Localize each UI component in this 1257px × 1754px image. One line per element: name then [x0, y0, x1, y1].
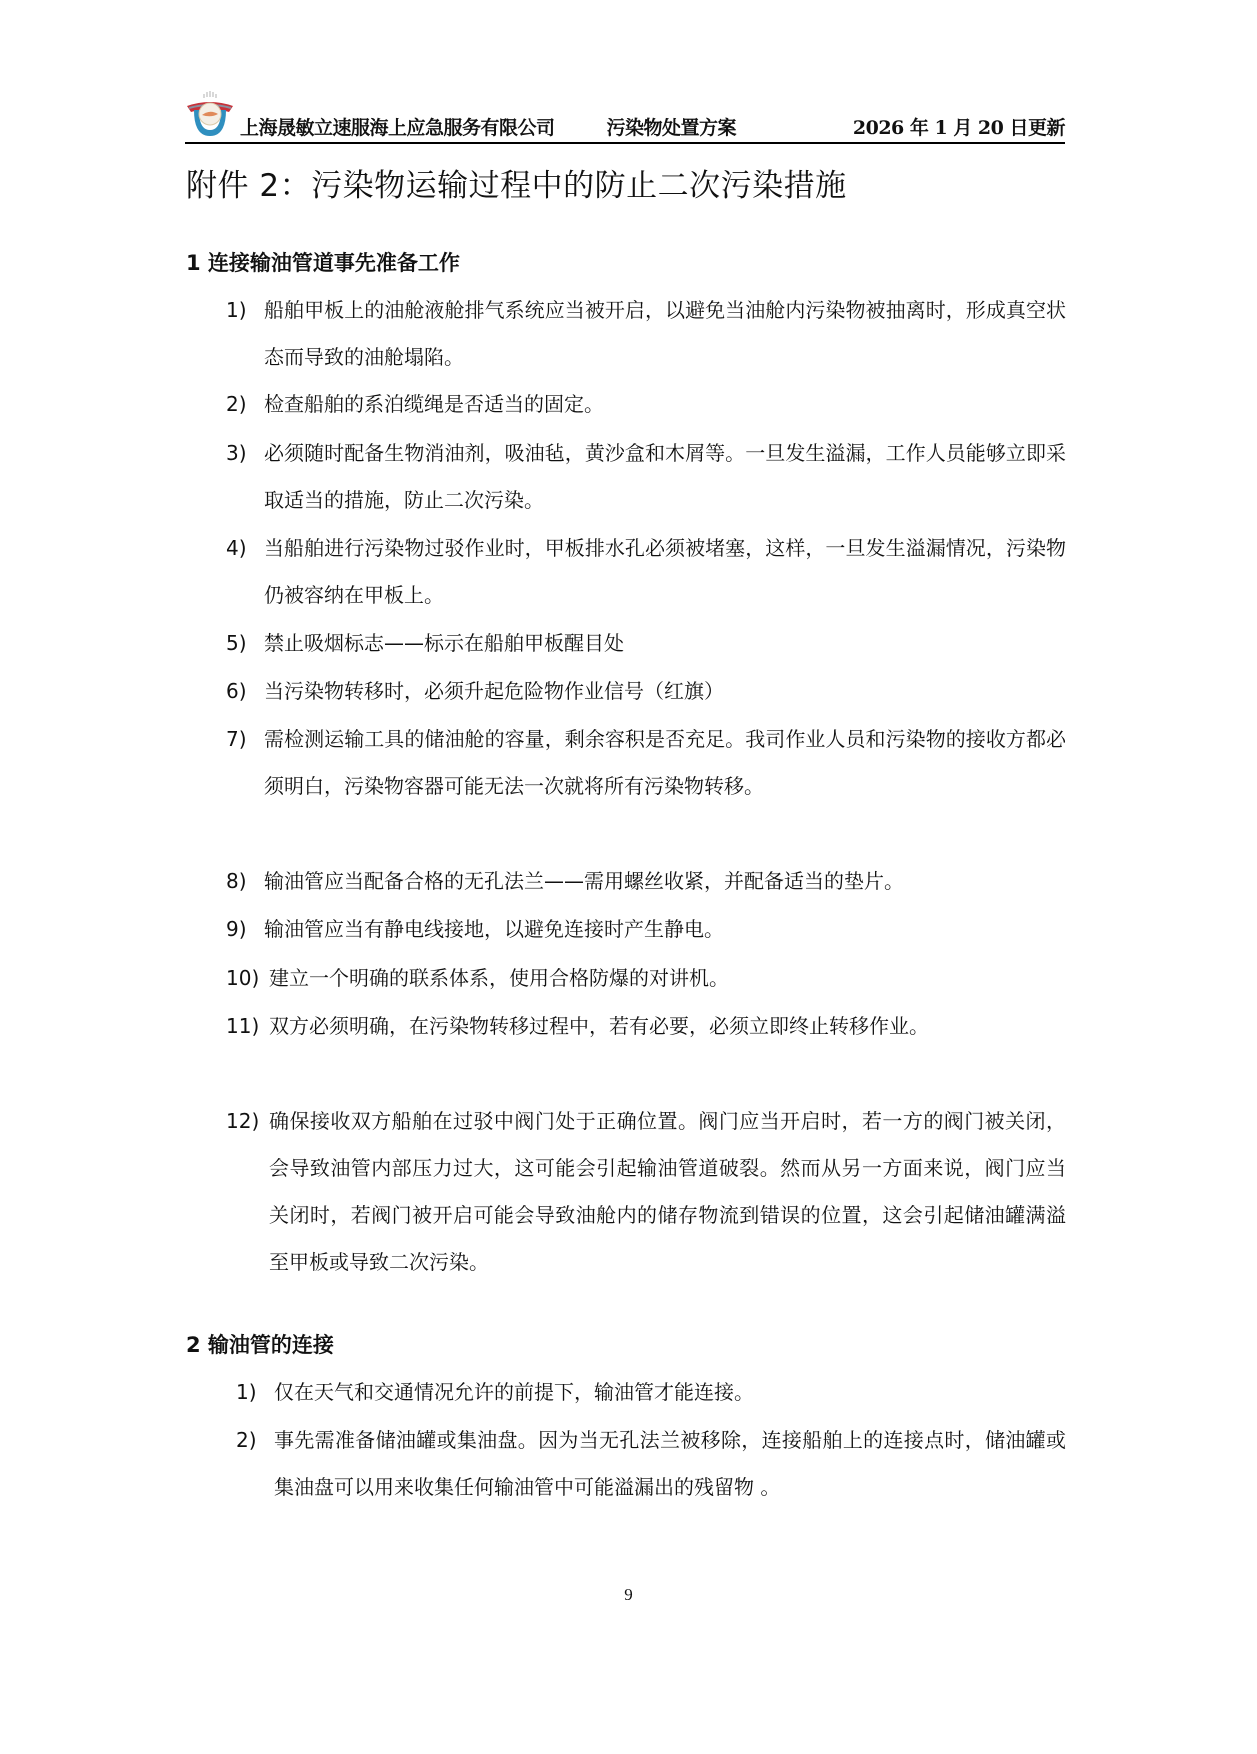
header-document-title: 污染物处置方案	[607, 113, 737, 140]
list-item: 4) 当船舶进行污染物过驳作业时，甲板排水孔必须被堵塞，这样，一旦发生溢漏情况，…	[226, 525, 1066, 619]
section-heading-2: 2 输油管的连接	[186, 1329, 334, 1359]
item-number: 8)	[226, 858, 264, 905]
page-number: 9	[0, 1585, 1257, 1605]
item-text: 输油管应当有静电线接地，以避免连接时产生静电。	[264, 906, 1066, 953]
company-emblem-icon	[185, 88, 235, 140]
list-item: 6) 当污染物转移时，必须升起危险物作业信号（红旗）	[226, 668, 1066, 715]
item-text: 事先需准备储油罐或集油盘。因为当无孔法兰被移除，连接船舶上的连接点时，储油罐或集…	[274, 1417, 1066, 1511]
item-number: 3)	[226, 430, 264, 524]
list-item: 7) 需检测运输工具的储油舱的容量，剩余容积是否充足。我司作业人员和污染物的接收…	[226, 716, 1066, 810]
item-number: 6)	[226, 668, 264, 715]
item-text: 当污染物转移时，必须升起危险物作业信号（红旗）	[264, 668, 1066, 715]
list-item: 8) 输油管应当配备合格的无孔法兰——需用螺丝收紧，并配备适当的垫片。	[226, 858, 1066, 905]
item-number: 5)	[226, 620, 264, 667]
item-number: 1)	[226, 287, 264, 381]
page-header: 上海晟敏立速服海上应急服务有限公司 污染物处置方案 2026 年 1 月 20 …	[185, 88, 1065, 144]
item-number: 12)	[226, 1098, 269, 1286]
document-page: 上海晟敏立速服海上应急服务有限公司 污染物处置方案 2026 年 1 月 20 …	[0, 0, 1257, 1754]
list-item: 11) 双方必须明确，在污染物转移过程中，若有必要，必须立即终止转移作业。	[226, 1003, 1066, 1050]
header-update-date: 2026 年 1 月 20 日更新	[853, 113, 1065, 140]
list-item: 10) 建立一个明确的联系体系，使用合格防爆的对讲机。	[226, 955, 1066, 1002]
header-text: 上海晟敏立速服海上应急服务有限公司 污染物处置方案 2026 年 1 月 20 …	[240, 113, 1065, 140]
list-item: 1) 船舶甲板上的油舱液舱排气系统应当被开启，以避免当油舱内污染物被抽离时，形成…	[226, 287, 1066, 381]
list-item: 1) 仅在天气和交通情况允许的前提下，输油管才能连接。	[236, 1369, 1066, 1416]
list-item: 2) 事先需准备储油罐或集油盘。因为当无孔法兰被移除，连接船舶上的连接点时，储油…	[236, 1417, 1066, 1511]
page-title: 附件 2：污染物运输过程中的防止二次污染措施	[186, 160, 847, 205]
item-text: 当船舶进行污染物过驳作业时，甲板排水孔必须被堵塞，这样，一旦发生溢漏情况，污染物…	[264, 525, 1066, 619]
item-text: 建立一个明确的联系体系，使用合格防爆的对讲机。	[269, 955, 1066, 1002]
list-item: 9) 输油管应当有静电线接地，以避免连接时产生静电。	[226, 906, 1066, 953]
item-number: 7)	[226, 716, 264, 810]
section-heading-1: 1 连接输油管道事先准备工作	[186, 247, 460, 277]
item-text: 需检测运输工具的储油舱的容量，剩余容积是否充足。我司作业人员和污染物的接收方都必…	[264, 716, 1066, 810]
item-text: 输油管应当配备合格的无孔法兰——需用螺丝收紧，并配备适当的垫片。	[264, 858, 1066, 905]
item-number: 2)	[236, 1417, 274, 1511]
item-number: 2)	[226, 381, 264, 428]
item-text: 船舶甲板上的油舱液舱排气系统应当被开启，以避免当油舱内污染物被抽离时，形成真空状…	[264, 287, 1066, 381]
item-text: 双方必须明确，在污染物转移过程中，若有必要，必须立即终止转移作业。	[269, 1003, 1066, 1050]
item-text: 禁止吸烟标志——标示在船舶甲板醒目处	[264, 620, 1066, 667]
item-number: 4)	[226, 525, 264, 619]
list-item: 3) 必须随时配备生物消油剂，吸油毡，黄沙盒和木屑等。一旦发生溢漏，工作人员能够…	[226, 430, 1066, 524]
header-rule	[185, 142, 1065, 144]
item-number: 10)	[226, 955, 269, 1002]
item-text: 检查船舶的系泊缆绳是否适当的固定。	[264, 381, 1066, 428]
header-company: 上海晟敏立速服海上应急服务有限公司	[240, 113, 555, 140]
item-number: 11)	[226, 1003, 269, 1050]
item-text: 仅在天气和交通情况允许的前提下，输油管才能连接。	[274, 1369, 1066, 1416]
item-number: 9)	[226, 906, 264, 953]
list-item: 12) 确保接收双方船舶在过驳中阀门处于正确位置。阀门应当开启时，若一方的阀门被…	[226, 1098, 1066, 1286]
item-text: 必须随时配备生物消油剂，吸油毡，黄沙盒和木屑等。一旦发生溢漏，工作人员能够立即采…	[264, 430, 1066, 524]
item-number: 1)	[236, 1369, 274, 1416]
list-item: 5) 禁止吸烟标志——标示在船舶甲板醒目处	[226, 620, 1066, 667]
list-item: 2) 检查船舶的系泊缆绳是否适当的固定。	[226, 381, 1066, 428]
item-text: 确保接收双方船舶在过驳中阀门处于正确位置。阀门应当开启时，若一方的阀门被关闭，会…	[269, 1098, 1066, 1286]
